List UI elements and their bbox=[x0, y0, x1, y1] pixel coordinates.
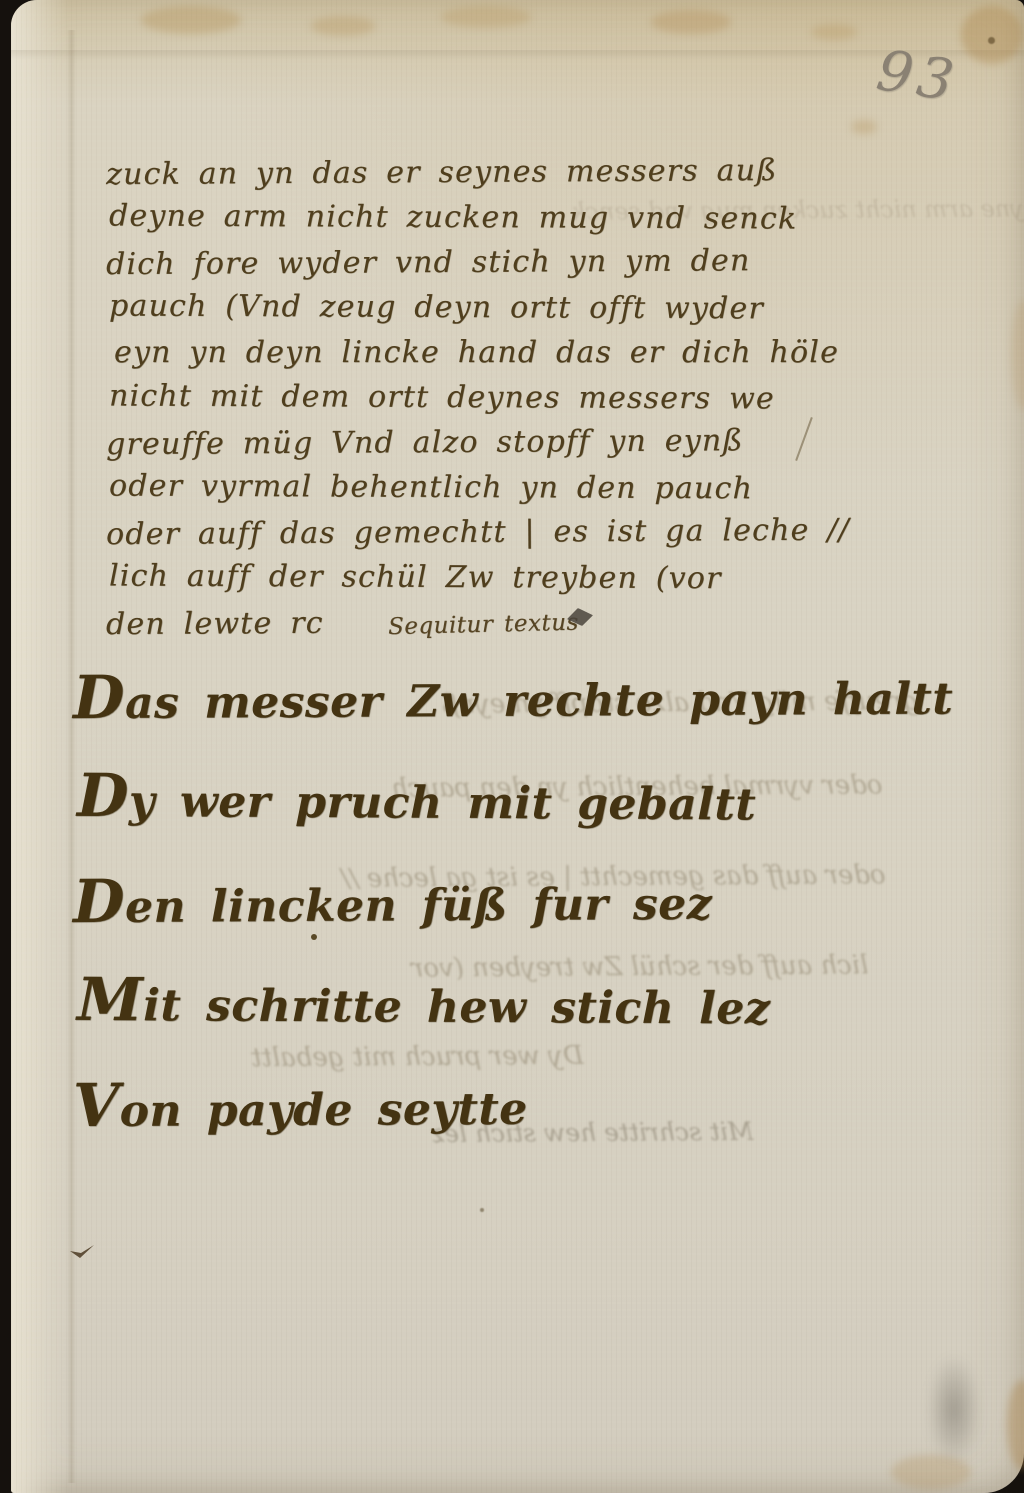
manuscript-line: deyne arm nicht zucken mug vnd senck bbox=[109, 193, 809, 241]
foxing-stain bbox=[651, 10, 731, 34]
foxing-stain bbox=[811, 24, 857, 40]
ink-speck bbox=[480, 1208, 484, 1212]
foxing-stain bbox=[1011, 300, 1024, 410]
spine-gutter-edge bbox=[11, 0, 69, 1493]
verse-line: Dy wer pruch mit gebaltt bbox=[77, 748, 898, 854]
manuscript-line: den lewte rc Sequitur textus bbox=[106, 598, 806, 650]
verse-line: Von payde seytte bbox=[73, 1054, 894, 1160]
verse-line: Das messer Zw rechte payn haltt bbox=[73, 646, 894, 752]
manuscript-line: oder vyrmal behentlich yn den pauch bbox=[109, 463, 809, 511]
manuscript-line: oder auff das gemechtt | es ist ga leche… bbox=[106, 508, 806, 557]
manuscript-line: lich auff der schül Zw treyben (vor bbox=[109, 553, 809, 601]
ink-speck bbox=[988, 37, 995, 44]
verse-line: Mit schritte hew stich lez bbox=[77, 952, 898, 1058]
manuscript-line: greuffe müg Vnd alzo stopff yn eynß bbox=[106, 418, 806, 467]
foxing-stain bbox=[1007, 1380, 1024, 1470]
foxing-stain bbox=[851, 120, 877, 134]
verse-line: Den lincken füß fur sez bbox=[73, 850, 894, 956]
folio-number: 93 bbox=[872, 38, 962, 115]
verse-block: Das messer Zw rechte payn haltt Dy wer p… bbox=[73, 648, 893, 1158]
manuscript-line: eyn yn deyn lincke hand das er dich höle bbox=[114, 330, 814, 375]
manuscript-line: pauch (Vnd zeug deyn ortt offt wyder bbox=[109, 283, 809, 331]
foxing-stain bbox=[311, 16, 375, 36]
manuscript-line: dich fore wyder vnd stich yn ym den bbox=[106, 238, 806, 287]
top-edge-shadow bbox=[11, 50, 1024, 60]
gray-smudge bbox=[927, 1355, 981, 1465]
punctuation-dot bbox=[311, 934, 317, 940]
manuscript-line: nicht mit dem ortt deynes messers we bbox=[109, 373, 809, 421]
foxing-stain bbox=[891, 1455, 971, 1489]
foxing-stain bbox=[441, 6, 531, 28]
manuscript-line: zuck an yn das er seynes messers auß bbox=[106, 148, 806, 197]
foxing-stain bbox=[141, 6, 241, 34]
prose-block: zuck an yn das er seynes messers auß dey… bbox=[106, 150, 806, 648]
manuscript-photo: 93 deyne arm nicht zucken mug vnd senck … bbox=[0, 0, 1024, 1493]
manuscript-line-text: den lewte rc bbox=[106, 601, 324, 647]
sequitur-textus-note: Sequitur textus bbox=[387, 601, 579, 650]
manuscript-page: 93 deyne arm nicht zucken mug vnd senck … bbox=[11, 0, 1024, 1493]
pen-check-icon bbox=[69, 1244, 95, 1264]
